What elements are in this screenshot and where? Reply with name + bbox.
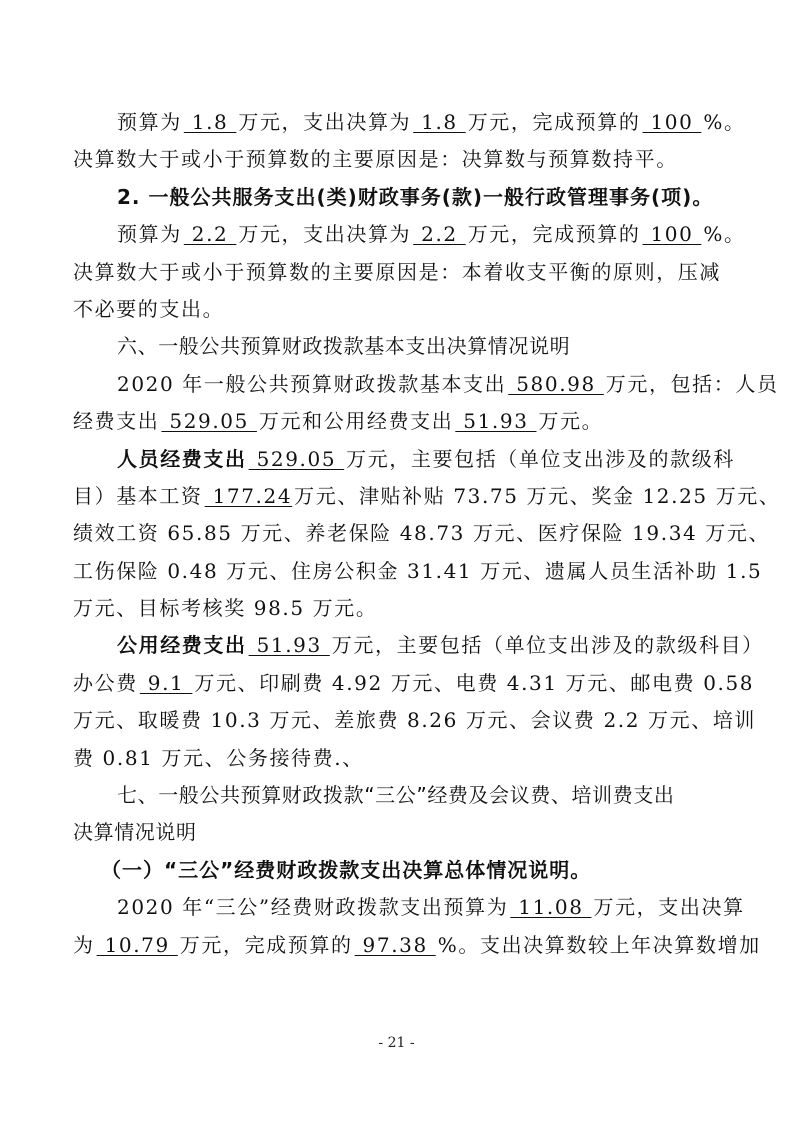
section-heading-continued: 决算情况说明: [73, 814, 721, 851]
paragraph-line: 工伤保险 0.48 万元、住房公积金 31.41 万元、遗属人员生活补助 1.5: [73, 553, 721, 590]
paragraph-line: 决算数大于或小于预算数的主要原因是：决算数与预算数持平。: [73, 141, 721, 178]
text: 办公费: [73, 671, 138, 695]
bold-label: 公用经费支出: [117, 633, 247, 657]
paragraph-line: 不必要的支出。: [73, 291, 721, 328]
paragraph-line: 公用经费支出 51.93 万元，主要包括（单位支出涉及的款级科目）: [73, 627, 721, 664]
paragraph-line: 目）基本工资 177.24万元、津贴补贴 73.75 万元、奖金 12.25 万…: [73, 478, 721, 515]
subsection-heading: 2. 一般公共服务支出(类)财政事务(款)一般行政管理事务(项)。: [73, 179, 721, 216]
public-expenditure-value: 51.93: [453, 409, 538, 433]
text: 2020 年“三公”经费财政拨款支出预算为: [117, 895, 508, 919]
text: 万元，主要包括（单位支出涉及的款级科: [346, 447, 735, 471]
text: 万元、津贴补贴 73.75 万元、奖金 12.25 万元、: [294, 484, 780, 508]
paragraph-line: 费 0.81 万元、公务接待费.、: [73, 740, 721, 777]
text: 万元。: [538, 409, 603, 433]
paragraph-line: 绩效工资 65.85 万元、养老保险 48.73 万元、医疗保险 19.34 万…: [73, 515, 721, 552]
paragraph-line: 预算为 1.8 万元，支出决算为 1.8 万元，完成预算的 100 %。: [73, 104, 721, 141]
paragraph-line: 预算为 2.2 万元，支出决算为 2.2 万元，完成预算的 100 %。: [73, 216, 721, 253]
text: 万元，支出决算: [593, 895, 744, 919]
actual-value: 2.2: [411, 222, 468, 246]
text: 万元，支出决算为: [238, 222, 411, 246]
document-page: 预算为 1.8 万元，支出决算为 1.8 万元，完成预算的 100 %。 决算数…: [73, 104, 721, 964]
text: 万元、印刷费 4.92 万元、电费 4.31 万元、邮电费 0.58: [194, 671, 754, 695]
completion-percent: 100: [641, 222, 704, 246]
text: 万元，主要包括（单位支出涉及的款级科目）: [332, 633, 764, 657]
text: 经费支出: [73, 409, 159, 433]
basic-salary-value: 177.24: [203, 484, 295, 508]
text: 万元，完成预算的: [180, 933, 353, 957]
text: 万元，完成预算的: [468, 110, 641, 134]
text: 预算为: [117, 222, 182, 246]
text: %。支出决算数较上年决算数增加: [438, 933, 761, 957]
text: 目）基本工资: [73, 484, 203, 508]
paragraph-line: 万元、取暖费 10.3 万元、差旅费 8.26 万元、会议费 2.2 万元、培训: [73, 702, 721, 739]
paragraph-line: 人员经费支出 529.05 万元，主要包括（单位支出涉及的款级科: [73, 441, 721, 478]
actual-value: 1.8: [411, 110, 468, 134]
bold-label: 人员经费支出: [117, 447, 247, 471]
text: 万元和公用经费支出: [259, 409, 453, 433]
text: 为: [73, 933, 95, 957]
three-public-actual-value: 10.79: [95, 933, 180, 957]
completion-percent: 97.38: [353, 933, 438, 957]
text: 2020 年一般公共预算财政拨款基本支出: [117, 372, 506, 396]
paragraph-line: 2020 年“三公”经费财政拨款支出预算为 11.08 万元，支出决算: [73, 889, 721, 926]
text: 万元，包括：人员: [606, 372, 779, 396]
budget-value: 1.8: [182, 110, 239, 134]
text: %。: [703, 222, 745, 246]
paragraph-line: 2020 年一般公共预算财政拨款基本支出 580.98 万元，包括：人员: [73, 366, 721, 403]
section-heading: 七、一般公共预算财政拨款“三公”经费及会议费、培训费支出: [73, 777, 721, 814]
text: 万元，支出决算为: [238, 110, 411, 134]
public-expenditure-value: 51.93: [247, 633, 332, 657]
paragraph-line: 经费支出 529.05 万元和公用经费支出 51.93 万元。: [73, 403, 721, 440]
budget-value: 2.2: [182, 222, 239, 246]
text: %。: [703, 110, 745, 134]
three-public-budget-value: 11.08: [508, 895, 593, 919]
paragraph-line: 万元、目标考核奖 98.5 万元。: [73, 590, 721, 627]
basic-expenditure-value: 580.98: [506, 372, 606, 396]
subsection-heading: （一）“三公”经费财政拨款支出决算总体情况说明。: [73, 852, 721, 889]
completion-percent: 100: [641, 110, 704, 134]
personnel-expenditure-value: 529.05: [247, 447, 347, 471]
office-expense-value: 9.1: [138, 671, 195, 695]
paragraph-line: 决算数大于或小于预算数的主要原因是：本着收支平衡的原则，压减: [73, 254, 721, 291]
page-number: - 21 -: [0, 1035, 793, 1051]
section-heading: 六、一般公共预算财政拨款基本支出决算情况说明: [73, 328, 721, 365]
text: 万元，完成预算的: [468, 222, 641, 246]
paragraph-line: 为 10.79 万元，完成预算的 97.38 %。支出决算数较上年决算数增加: [73, 927, 721, 964]
paragraph-line: 办公费 9.1 万元、印刷费 4.92 万元、电费 4.31 万元、邮电费 0.…: [73, 665, 721, 702]
personnel-expenditure-value: 529.05: [159, 409, 259, 433]
text: 预算为: [117, 110, 182, 134]
